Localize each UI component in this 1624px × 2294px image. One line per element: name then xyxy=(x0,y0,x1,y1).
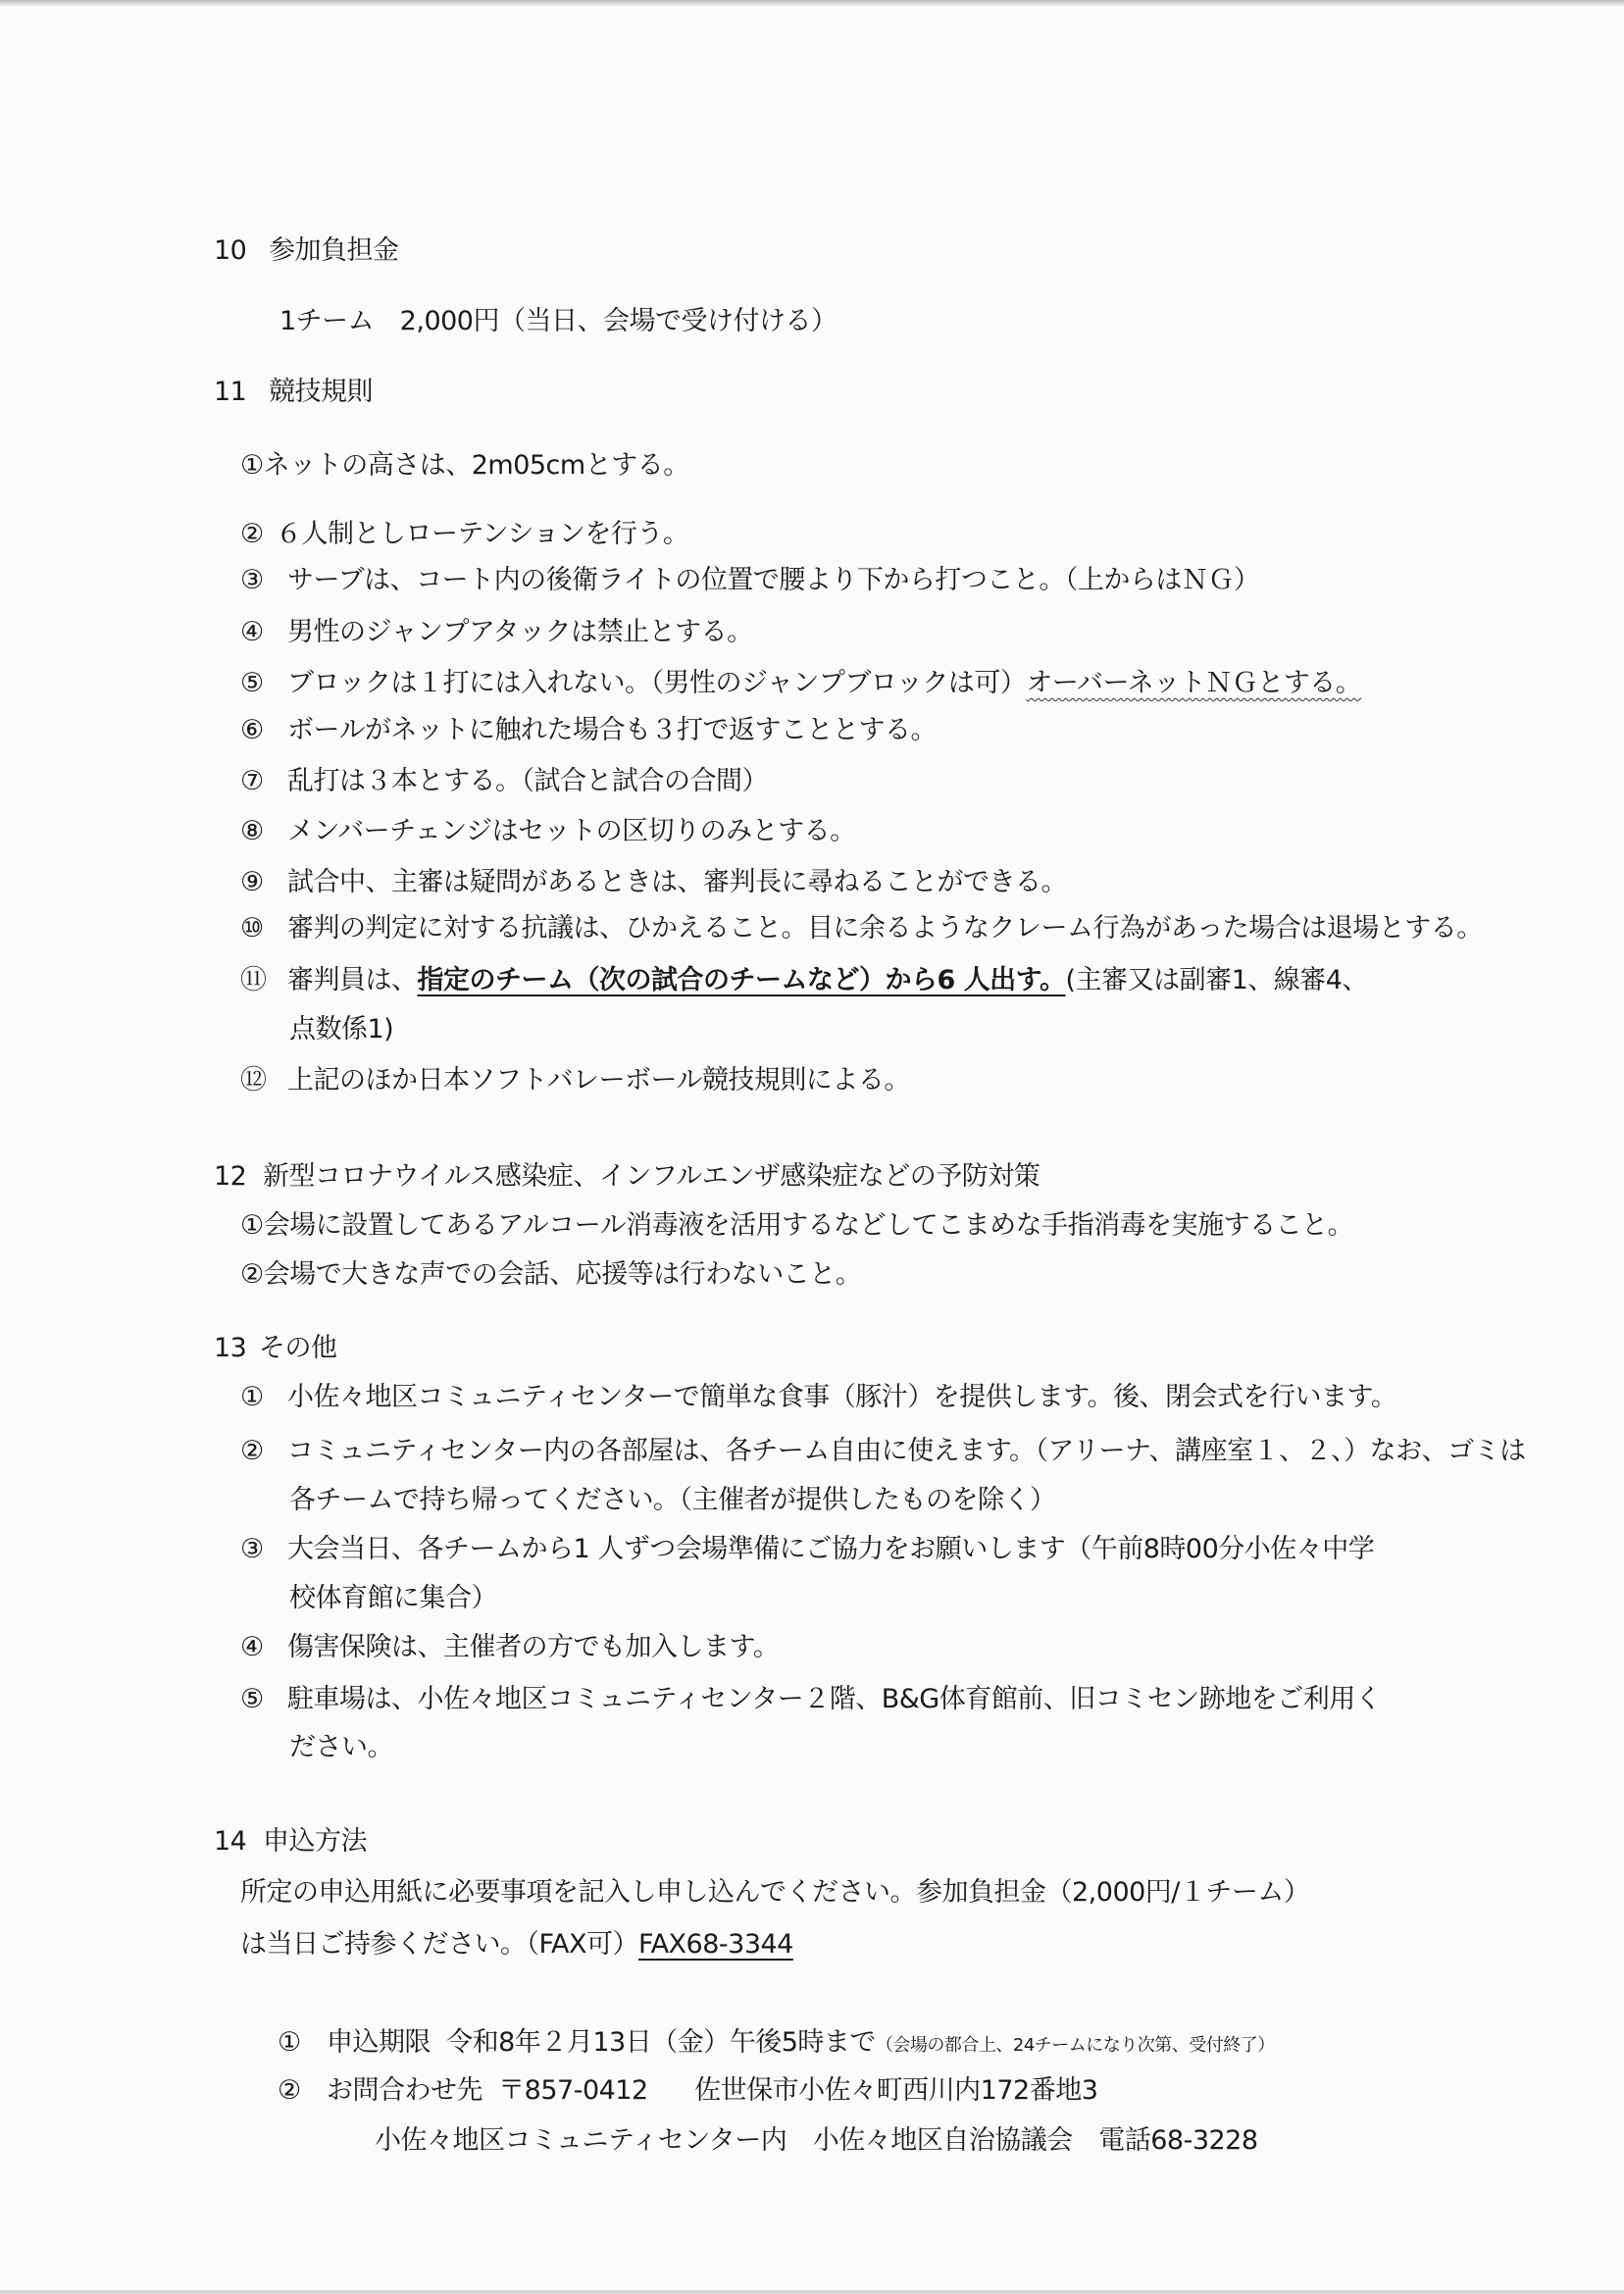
application-instructions: 所定の申込用紙に必要事項を記入し申し込んでください。参加負担金（2,000円/１… xyxy=(240,1875,1309,1911)
item-continuation: 校体育館に集合） xyxy=(289,1581,497,1616)
rule-item: ⑪審判員は、指定のチーム（次の試合のチームなど）から6 人出す。(主審又は副審1… xyxy=(240,963,1368,998)
postal-code: 〒857-0412 xyxy=(498,2073,694,2109)
other-item: ④傷害保険は、主催者の方でも加入します。 xyxy=(240,1630,779,1665)
instructions-text: は当日ご持参ください。（FAX可） xyxy=(240,1929,638,1960)
section-10-heading: 10参加負担金 xyxy=(214,233,399,269)
rule-marker: ⑤ xyxy=(240,666,287,701)
rule-item: ①ネットの高さは、2m05cmとする。 xyxy=(240,448,689,484)
item-marker: ① xyxy=(278,2025,327,2061)
rule-text: ６人制としローテンションを行う。 xyxy=(276,519,688,549)
section-title: 新型コロナウイルス感染症、インフルエンザ感染症などの予防対策 xyxy=(263,1161,1040,1192)
rule-text: サーブは、コート内の後衛ライトの位置で腰より下から打つこと。（上からはＮＧ） xyxy=(287,565,1259,595)
item-text: 会場に設置してあるアルコール消毒液を活用するなどしてこまめな手指消毒を実施するこ… xyxy=(264,1210,1353,1241)
rule-continuation: 点数係1) xyxy=(289,1012,393,1047)
item-text: 会場で大きな声での会話、応援等は行わないこと。 xyxy=(264,1259,862,1290)
section-number: 13 xyxy=(214,1331,259,1366)
deadline-row: ①申込期限 令和8年２月13日（金）午後5時まで（会場の都合上、24チームになり… xyxy=(278,2025,1275,2064)
section-number: 10 xyxy=(214,233,269,269)
item-marker: ② xyxy=(278,2073,327,2109)
section-13-heading: 13その他 xyxy=(214,1331,337,1366)
rule-item: ⑩審判の判定に対する抗議は、ひかえること。目に余るようなクレーム行為があった場合… xyxy=(240,911,1483,946)
rule-item: ④男性のジャンプアタックは禁止とする。 xyxy=(240,615,753,650)
other-item: ②コミュニティセンター内の各部屋は、各チーム自由に使えます。（アリーナ、講座室１… xyxy=(240,1434,1526,1469)
rule-marker: ⑪ xyxy=(240,963,287,998)
section-14-heading: 14申込方法 xyxy=(214,1824,367,1860)
rule-underlined-text: オーバーネットＮＧとする。 xyxy=(1026,668,1361,698)
rule-text: 乱打は３本とする。（試合と試合の合間） xyxy=(287,766,768,796)
section-12-heading: 12新型コロナウイルス感染症、インフルエンザ感染症などの予防対策 xyxy=(214,1159,1040,1195)
fee-line: 1チーム 2,000円（当日、会場で受け付ける） xyxy=(279,304,837,339)
item-marker: ④ xyxy=(240,1630,287,1665)
rule-marker: ⑦ xyxy=(240,764,287,799)
rule-marker: ④ xyxy=(240,615,287,650)
item-text: 大会当日、各チームから1 人ずつ会場準備にご協力をお願いします（午前8時00分小… xyxy=(287,1534,1374,1564)
item-text: 傷害保険は、主催者の方でも加入します。 xyxy=(287,1632,779,1662)
section-title: その他 xyxy=(259,1333,337,1363)
scan-edge-top xyxy=(0,0,1624,6)
other-item: ①小佐々地区コミュニティセンターで簡単な食事（豚汁）を提供します。後、閉会式を行… xyxy=(240,1380,1396,1415)
rule-emphasis-text: 指定のチーム（次の試合のチームなど）から6 人出す。 xyxy=(418,965,1066,995)
rule-item: ⑤ブロックは１打には入れない。（男性のジャンプブロックは可）オーバーネットＮＧと… xyxy=(240,666,1361,701)
scan-edge-bottom xyxy=(0,2290,1624,2294)
section-number: 12 xyxy=(214,1159,263,1195)
rule-text: 上記のほか日本ソフトバレーボール競技規則による。 xyxy=(287,1065,910,1096)
item-text: 小佐々地区コミュニティセンターで簡単な食事（豚汁）を提供します。後、閉会式を行い… xyxy=(287,1382,1396,1412)
section-11-heading: 11競技規則 xyxy=(214,375,373,410)
prevention-item: ①会場に設置してあるアルコール消毒液を活用するなどしてこまめな手指消毒を実施する… xyxy=(240,1208,1353,1244)
rule-item: ②６人制としローテンションを行う。 xyxy=(240,517,688,552)
rule-item: ⑧メンバーチェンジはセットの区切りのみとする。 xyxy=(240,814,856,849)
deadline-value: 令和8年２月13日（金）午後5時まで xyxy=(446,2027,876,2058)
item-continuation: ださい。 xyxy=(289,1730,393,1765)
section-number: 14 xyxy=(214,1824,263,1860)
contact-row: ②お問合わせ先 〒857-0412佐世保市小佐々町西川内172番地3 xyxy=(278,2073,1097,2109)
rule-text: ボールがネットに触れた場合も３打で返すこととする。 xyxy=(287,715,937,745)
item-marker: ① xyxy=(240,1380,287,1415)
rule-text: 男性のジャンプアタックは禁止とする。 xyxy=(287,617,753,647)
rule-marker: ② xyxy=(240,517,276,552)
rule-marker: ⑩ xyxy=(240,911,287,946)
rule-marker: ⑥ xyxy=(240,713,287,748)
section-number: 11 xyxy=(214,375,269,410)
rule-item: ③サーブは、コート内の後衛ライトの位置で腰より下から打つこと。（上からはＮＧ） xyxy=(240,563,1259,598)
item-continuation: 各チームで持ち帰ってください。（主催者が提供したものを除く） xyxy=(289,1483,1056,1518)
rule-marker: ⑫ xyxy=(240,1063,287,1098)
contact-address: 佐世保市小佐々町西川内172番地3 xyxy=(694,2075,1097,2106)
rule-text: メンバーチェンジはセットの区切りのみとする。 xyxy=(287,816,856,846)
item-marker: ② xyxy=(240,1434,287,1469)
item-text: 駐車場は、小佐々地区コミュニティセンター２階、B&G体育館前、旧コミセン跡地をご… xyxy=(287,1684,1381,1714)
item-marker: ① xyxy=(240,1210,264,1241)
other-item: ⑤駐車場は、小佐々地区コミュニティセンター２階、B&G体育館前、旧コミセン跡地を… xyxy=(240,1682,1381,1717)
contact-organization: 小佐々地区コミュニティセンター内 小佐々地区自治協議会 電話68-3228 xyxy=(375,2123,1258,2159)
section-title: 競技規則 xyxy=(269,377,373,407)
rule-text: 審判の判定に対する抗議は、ひかえること。目に余るようなクレーム行為があった場合は… xyxy=(287,913,1483,943)
rule-text: 審判員は、 xyxy=(287,965,418,995)
rule-text: ネットの高さは、2m05cmとする。 xyxy=(264,450,689,481)
fax-number: FAX68-3344 xyxy=(638,1929,817,1960)
rule-marker: ③ xyxy=(240,563,287,598)
rule-text: 試合中、主審は疑問があるときは、審判長に尋ねることができる。 xyxy=(287,867,1067,897)
item-marker: ③ xyxy=(240,1532,287,1567)
item-marker: ② xyxy=(240,1259,264,1290)
application-instructions-2: は当日ご持参ください。（FAX可）FAX68-3344 xyxy=(240,1927,817,1963)
other-item: ③大会当日、各チームから1 人ずつ会場準備にご協力をお願いします（午前8時00分… xyxy=(240,1532,1374,1567)
rule-item: ⑫上記のほか日本ソフトバレーボール競技規則による。 xyxy=(240,1063,910,1098)
deadline-note: （会場の都合上、24チームになり次第、受付終了） xyxy=(876,2035,1275,2056)
rule-item: ⑨試合中、主審は疑問があるときは、審判長に尋ねることができる。 xyxy=(240,865,1067,900)
item-text: コミュニティセンター内の各部屋は、各チーム自由に使えます。（アリーナ、講座室１、… xyxy=(287,1436,1526,1466)
rule-marker: ⑨ xyxy=(240,865,287,900)
rule-marker: ⑧ xyxy=(240,814,287,849)
rule-marker: ① xyxy=(240,448,264,484)
rule-text-after: (主審又は副審1、線審4、 xyxy=(1066,965,1368,995)
rule-item: ⑥ボールがネットに触れた場合も３打で返すこととする。 xyxy=(240,713,937,748)
prevention-item: ②会場で大きな声での会話、応援等は行わないこと。 xyxy=(240,1257,861,1293)
rule-text: ブロックは１打には入れない。（男性のジャンプブロックは可） xyxy=(287,668,1026,698)
section-title: 参加負担金 xyxy=(269,235,399,266)
item-marker: ⑤ xyxy=(240,1682,287,1717)
contact-label: お問合わせ先 xyxy=(327,2075,482,2106)
section-title: 申込方法 xyxy=(263,1826,367,1857)
rule-item: ⑦乱打は３本とする。（試合と試合の合間） xyxy=(240,764,768,799)
deadline-label: 申込期限 xyxy=(327,2027,431,2058)
